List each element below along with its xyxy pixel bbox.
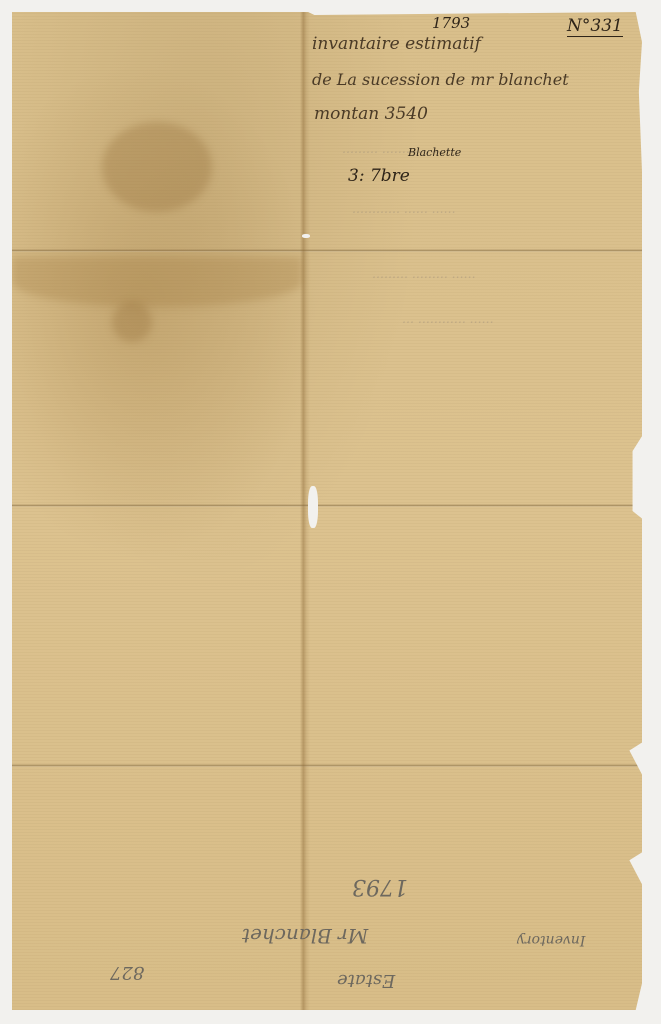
pencil-word-left: Estate bbox=[337, 970, 395, 991]
year-ink: 1793 bbox=[432, 14, 470, 32]
ink-line-2: de La sucession de mr blanchet bbox=[312, 70, 569, 89]
fold-line-1 bbox=[12, 249, 642, 252]
pencil-word-right: Inventory bbox=[517, 932, 585, 948]
paper-tear bbox=[302, 234, 310, 238]
water-stain-band bbox=[12, 257, 302, 307]
document-sheet: ……… …………… ………… …… …… ……… ……… …… … ………… …… bbox=[12, 12, 642, 1010]
water-stain bbox=[102, 122, 212, 212]
catalog-number: 827 bbox=[110, 962, 144, 983]
water-stain-drip bbox=[112, 302, 152, 342]
pencil-year: 1793 bbox=[352, 874, 408, 899]
fold-line-3 bbox=[12, 764, 642, 767]
fold-line-2 bbox=[12, 504, 642, 507]
signature: Blachette bbox=[408, 146, 461, 159]
ink-line-3: montan 3540 bbox=[314, 104, 428, 124]
date-ink: 3: 7bre bbox=[348, 166, 410, 186]
pencil-name: Mr Blanchet bbox=[242, 924, 368, 948]
paper-hole bbox=[308, 486, 318, 528]
ink-line-1: invantaire estimatif bbox=[312, 34, 481, 54]
document-number: N°331 bbox=[567, 16, 623, 37]
